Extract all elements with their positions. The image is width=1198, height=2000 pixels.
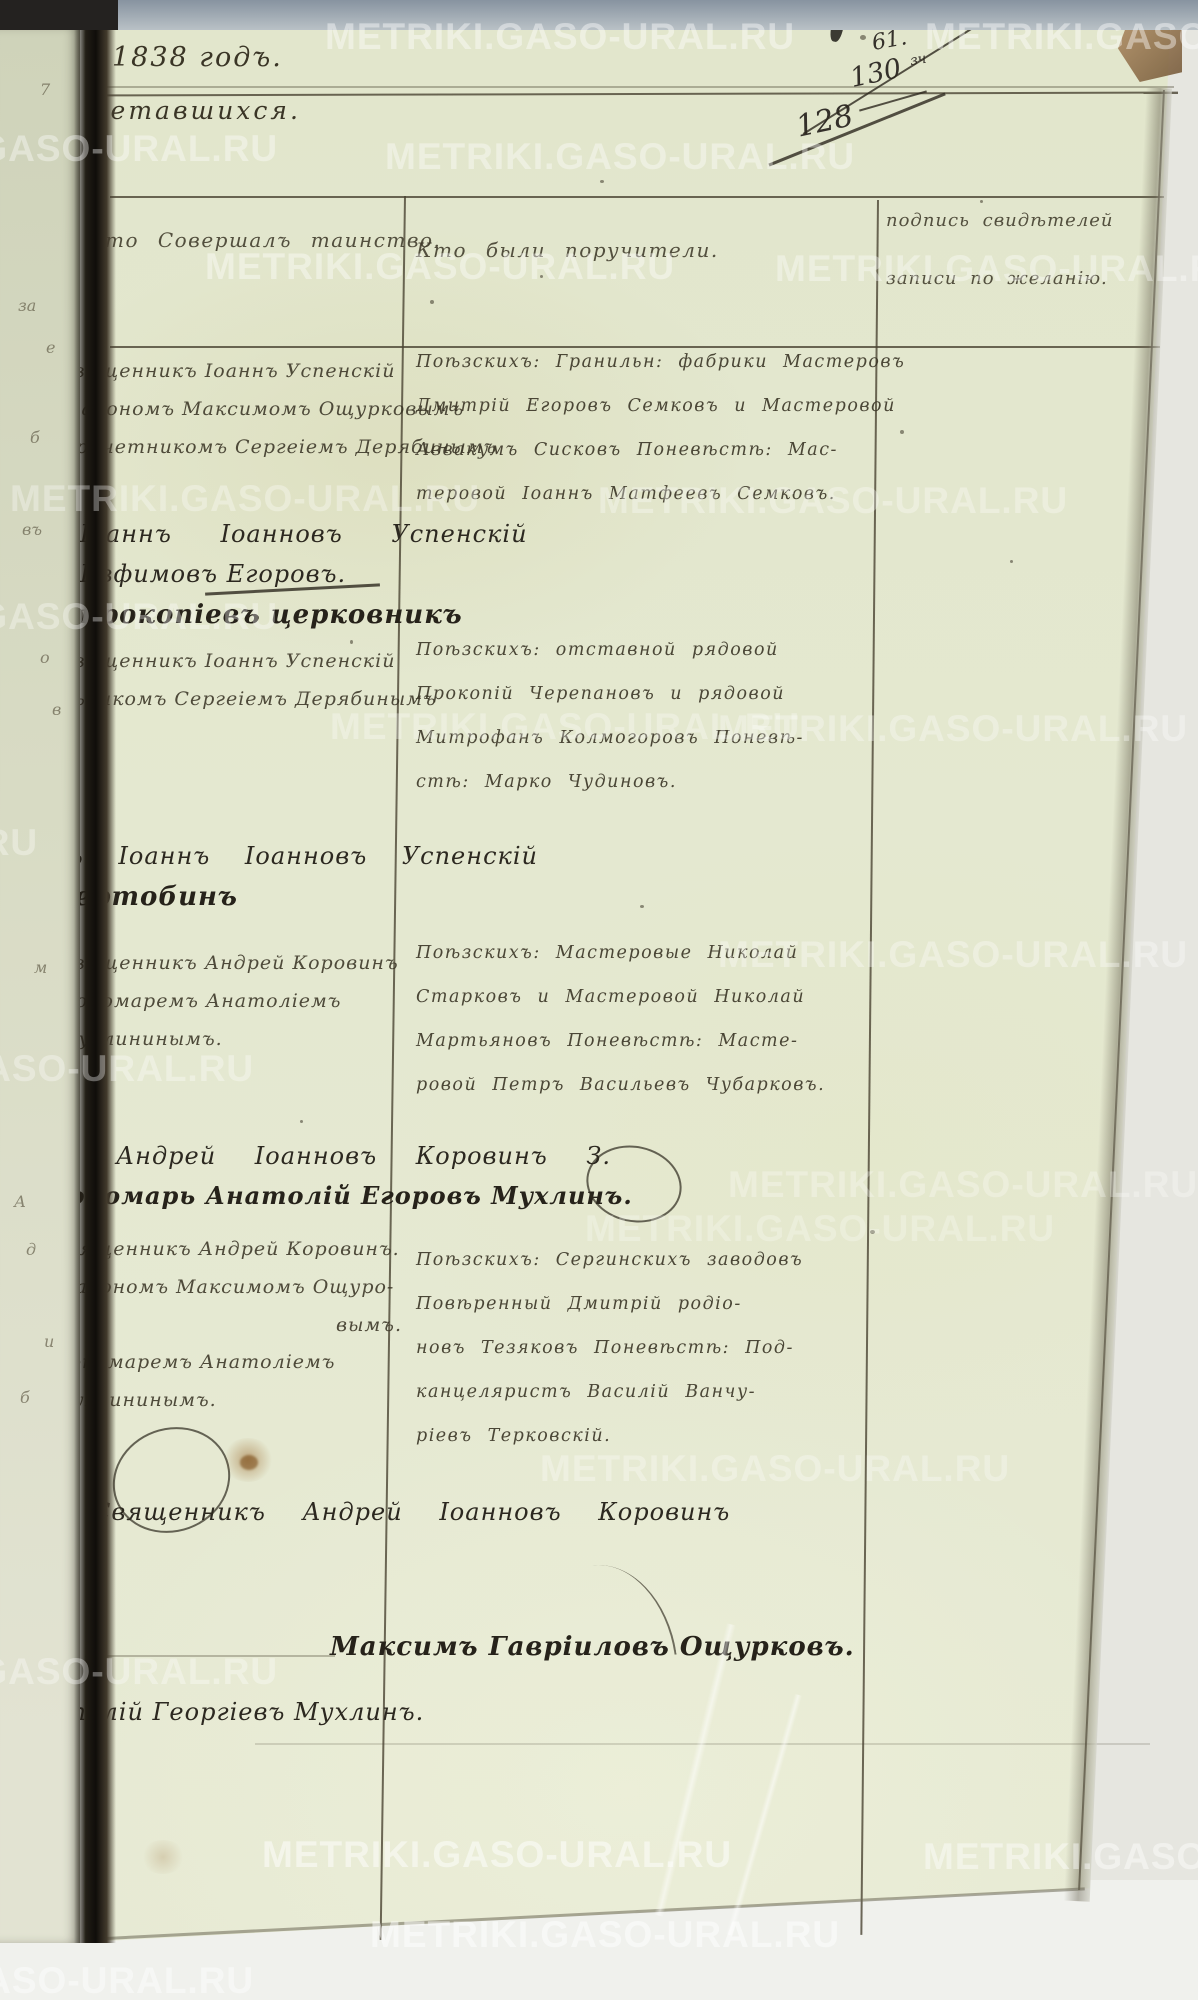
closing-signature-1: Максимъ Гавріиловъ Ощурковъ. bbox=[330, 1632, 855, 1662]
signature-line: Евфимовъ Егоровъ. bbox=[80, 560, 528, 589]
column-header-witness-1: подпись свидѣтелей bbox=[886, 210, 1114, 231]
margin-fragment: и bbox=[44, 1332, 54, 1351]
signature-line: къ Андрей Іоанновъ Коровинъ З. bbox=[45, 1142, 633, 1171]
margin-fragment: о bbox=[40, 648, 50, 667]
handwritten-line: ріевъ Терковскій. bbox=[416, 1426, 803, 1447]
top-ruling-faint bbox=[88, 86, 1174, 88]
margin-fragment: е bbox=[46, 338, 55, 357]
handwritten-line: Поѣзскихъ: отставной рядовой bbox=[416, 640, 804, 661]
page-subtitle: четавшихся. bbox=[92, 96, 301, 125]
header-bottom-rule bbox=[110, 346, 1160, 348]
handwritten-line: Поѣзскихъ: Мастеровые Николай bbox=[416, 943, 825, 964]
column-header-witness-2: записи по желанію. bbox=[886, 268, 1108, 289]
handwritten-line: Мартьяновъ Поневѣстѣ: Масте- bbox=[416, 1031, 825, 1052]
handwritten-line: Аввакумъ Сисковъ Поневѣстѣ: Мас- bbox=[416, 440, 905, 461]
signature-line: Чертобинъ bbox=[50, 882, 538, 913]
header-top-rule bbox=[110, 196, 1164, 198]
column-header-officiant: Кто Совершалъ таинство. bbox=[88, 228, 441, 252]
margin-fragment: А bbox=[14, 1192, 26, 1211]
margin-fragment: въ bbox=[22, 520, 42, 539]
margin-fragment: б bbox=[30, 428, 40, 447]
handwritten-line: теровой Іоаннъ Матфеевъ Семковъ. bbox=[416, 484, 905, 505]
book-gutter bbox=[74, 28, 116, 1943]
margin-fragment: 7 bbox=[40, 80, 50, 99]
facing-page-edge bbox=[0, 28, 80, 1943]
signature-line: Пономарь Анатолій Егоровъ Мухлинъ. bbox=[45, 1182, 633, 1211]
handwritten-line: канцеляристъ Василій Ванчу- bbox=[416, 1382, 803, 1403]
record-1-sureties: Поѣзскихъ: Гранильн: фабрики Мастеровъ Д… bbox=[416, 352, 905, 528]
year-title: 1838 годъ. bbox=[112, 42, 283, 73]
handwritten-line: Поѣзскихъ: Сергинскихъ заводовъ bbox=[416, 1250, 803, 1271]
margin-fragment: м bbox=[34, 958, 47, 977]
handwritten-line: Старковъ и Мастеровой Николай bbox=[416, 987, 825, 1008]
signature-line: прокопіевъ церковникъ bbox=[80, 600, 528, 631]
scanner-background-top-corner bbox=[0, 0, 118, 30]
handwritten-line: Поѣзскихъ: Гранильн: фабрики Мастеровъ bbox=[416, 352, 905, 373]
record-3-signatures: къ Андрей Іоанновъ Коровинъ З. Пономарь … bbox=[45, 1142, 633, 1222]
handwritten-line: Повѣренный Дмитрій родіо- bbox=[416, 1294, 803, 1315]
signature-line: Іоаннъ Іоанновъ Успенскій bbox=[80, 520, 528, 549]
ink-stain bbox=[240, 1455, 258, 1470]
handwritten-line: Прокопій Черепановъ и рядовой bbox=[416, 684, 804, 705]
handwritten-line: новъ Тезяковъ Поневѣстѣ: Под- bbox=[416, 1338, 803, 1359]
record-1-signatures: Іоаннъ Іоанновъ Успенскій Евфимовъ Егоро… bbox=[80, 520, 528, 642]
record-2-sureties: Поѣзскихъ: отставной рядовой Прокопій Че… bbox=[416, 640, 804, 816]
margin-fragment: в bbox=[52, 700, 61, 719]
margin-fragment: за bbox=[18, 296, 36, 315]
handwritten-line: ровой Петръ Васильевъ Чубарковъ. bbox=[416, 1075, 825, 1096]
page-scan: 1838 годъ. четавшихся. 61. 130 зч 128 Кт… bbox=[0, 0, 1198, 2000]
record-2-signatures: нъ Іоаннъ Іоанновъ Успенскій Чертобинъ bbox=[50, 842, 538, 924]
column-header-sureties: Кто были поручители. bbox=[416, 238, 719, 262]
record-4-sureties: Поѣзскихъ: Сергинскихъ заводовъ Повѣренн… bbox=[416, 1250, 803, 1470]
faint-rule bbox=[85, 1655, 335, 1657]
handwritten-line: Дмитрій Егоровъ Семковъ и Мастеровой bbox=[416, 396, 905, 417]
margin-fragment: д bbox=[26, 1240, 36, 1259]
handwritten-line: Митрофанъ Колмогоровъ Поневѣ- bbox=[416, 728, 804, 749]
record-3-sureties: Поѣзскихъ: Мастеровые Николай Старковъ и… bbox=[416, 943, 825, 1119]
margin-fragment: б bbox=[20, 1388, 30, 1407]
signature-line: нъ Іоаннъ Іоанновъ Успенскій bbox=[50, 842, 538, 871]
scanner-background-top bbox=[0, 0, 1198, 30]
handwritten-line: стѣ: Марко Чудиновъ. bbox=[416, 772, 804, 793]
paper-stain bbox=[140, 1840, 186, 1874]
